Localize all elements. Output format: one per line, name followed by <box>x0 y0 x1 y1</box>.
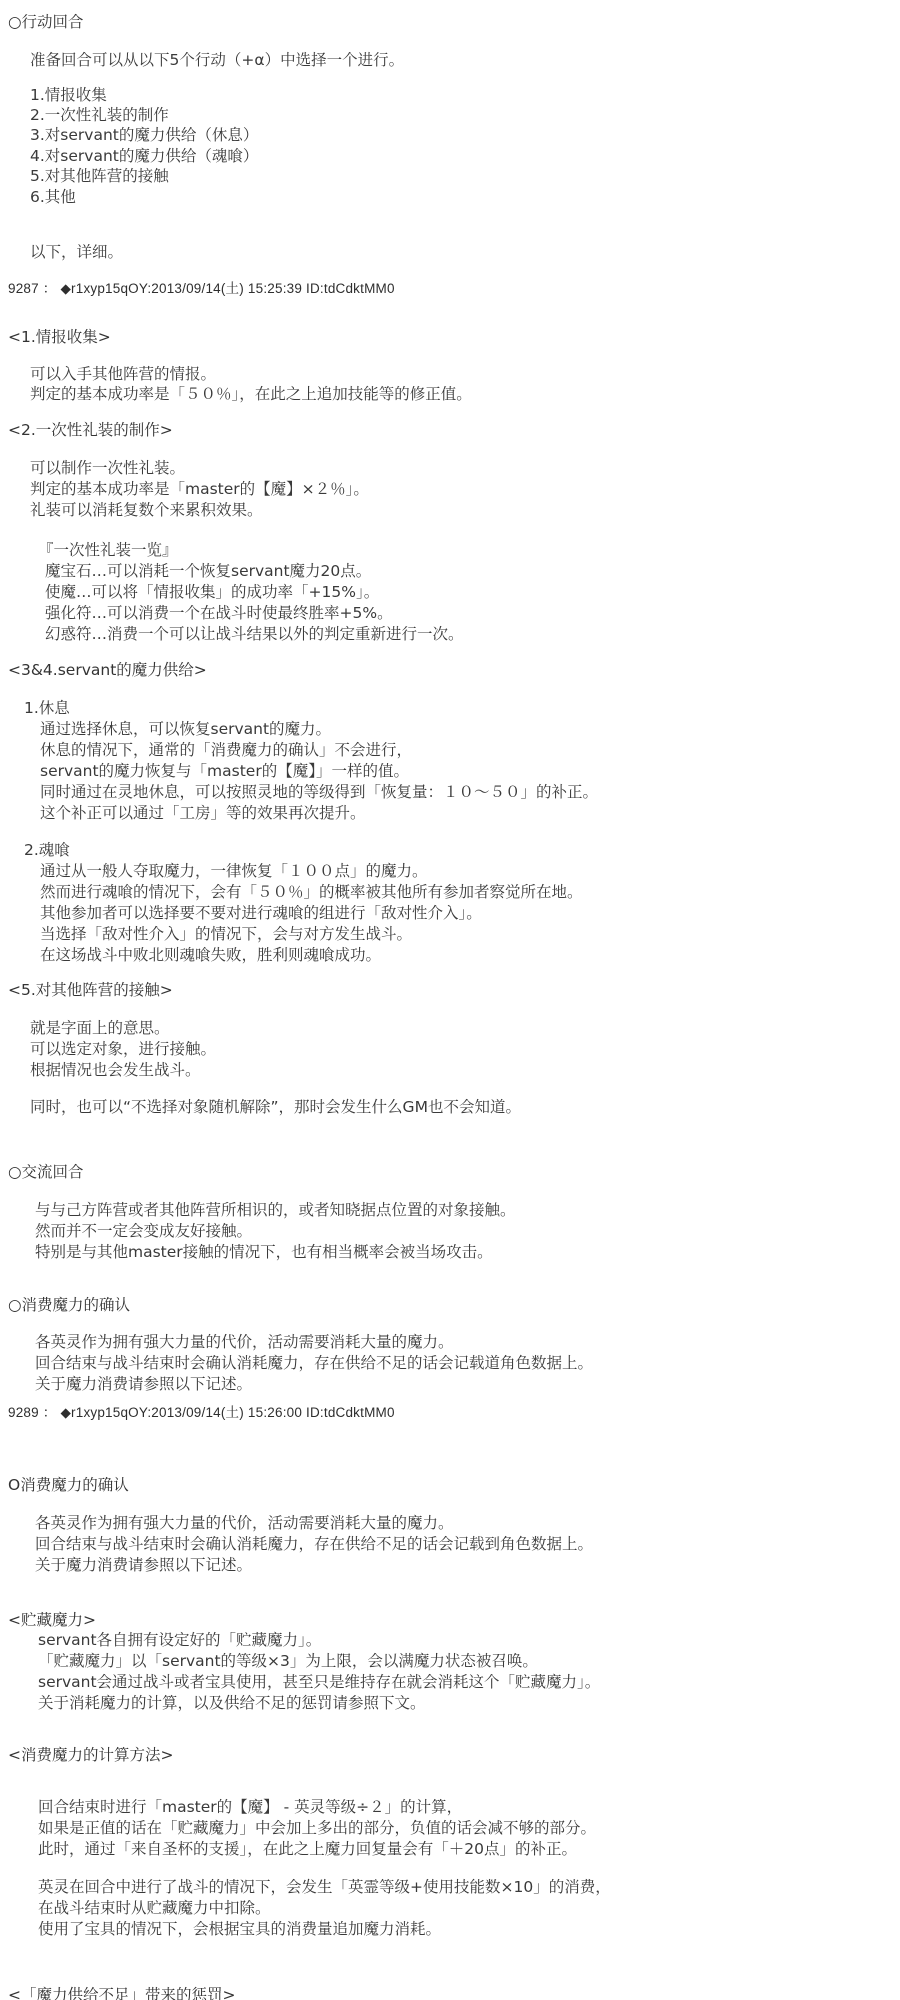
body-text-line: 使魔…可以将「情报收集」的成功率「+15%」。 <box>45 582 379 603</box>
body-text-line: 当选择「敌对性介入」的情况下，会与对方发生战斗。 <box>40 924 412 945</box>
body-text-line: 关于魔力消费请参照以下记述。 <box>35 1374 252 1395</box>
section-heading: <贮藏魔力> <box>8 1610 96 1631</box>
body-text-line: 这个补正可以通过「工房」等的效果再次提升。 <box>40 803 366 824</box>
post-meta-header: 9289 ： ◆r1xyp15qOY:2013/09/14(土) 15:26:0… <box>8 1402 395 1423</box>
body-text-line: 「贮藏魔力」以「servant的等级×3」为上限，会以满魔力状态被召唤。 <box>38 1651 538 1672</box>
body-text-line: 各英灵作为拥有强大力量的代价，活动需要消耗大量的魔力。 <box>35 1332 454 1353</box>
body-text-line: 5.对其他阵营的接触 <box>30 166 169 187</box>
post-date: 2013/09/14(土) 15:25:39 <box>151 281 302 296</box>
body-text-line: 准备回合可以从以下5个行动（+α）中选择一个进行。 <box>30 50 404 71</box>
section-heading: <「魔力供给不足」带来的惩罚> <box>8 1985 235 2000</box>
body-text-line: 可以选定对象，进行接触。 <box>30 1039 216 1060</box>
section-heading: <消费魔力的计算方法> <box>8 1745 173 1766</box>
body-text-line: 在战斗结束时从贮藏魔力中扣除。 <box>38 1898 271 1919</box>
post-separator: ： <box>43 1405 57 1420</box>
body-text-line: 使用了宝具的情况下，会根据宝具的消费量追加魔力消耗。 <box>38 1919 441 1940</box>
body-text-line: servant会通过战斗或者宝具使用，甚至只是维持存在就会消耗这个「贮藏魔力」。 <box>38 1672 600 1693</box>
body-text-line: 以下，详细。 <box>30 242 123 263</box>
body-text-line: 『一次性礼装一览』 <box>38 540 178 561</box>
body-text-line: 休息的情况下，通常的「消费魔力的确认」不会进行， <box>40 740 412 761</box>
section-heading: <3&4.servant的魔力供给> <box>8 660 207 681</box>
section-heading: O消费魔力的确认 <box>8 1475 129 1496</box>
body-text-line: 2.魂喰 <box>24 840 70 861</box>
body-text-line: 可以入手其他阵营的情报。 <box>30 364 216 385</box>
body-text-line: 判定的基本成功率是「５０％」，在此之上追加技能等的修正值。 <box>30 384 472 405</box>
body-text-line: 2.一次性礼装的制作 <box>30 105 169 126</box>
body-text-line: 此时，通过「来自圣杯的支援」，在此之上魔力回复量会有「＋20点」的补正。 <box>38 1839 577 1860</box>
body-text-line: 6.其他 <box>30 187 76 208</box>
body-text-line: 3.对servant的魔力供给（休息） <box>30 125 258 146</box>
body-text-line: 魔宝石…可以消耗一个恢复servant魔力20点。 <box>45 561 371 582</box>
body-text-line: 通过从一般人夺取魔力，一律恢复「１００点」的魔力。 <box>40 861 428 882</box>
body-text-line: 判定的基本成功率是「master的【魔】×２％」。 <box>30 479 369 500</box>
body-text-line: 礼装可以消耗复数个来累积效果。 <box>30 500 263 521</box>
section-heading: <5.对其他阵营的接触> <box>8 980 173 1001</box>
post-meta-header: 9287 ： ◆r1xyp15qOY:2013/09/14(土) 15:25:3… <box>8 278 395 299</box>
body-text-line: 幻惑符…消费一个可以让战斗结果以外的判定重新进行一次。 <box>45 624 464 645</box>
section-heading: ○行动回合 <box>8 12 84 33</box>
body-text-line: 就是字面上的意思。 <box>30 1018 170 1039</box>
body-text-line: 1.休息 <box>24 698 70 719</box>
body-text-line: 回合结束与战斗结束时会确认消耗魔力，存在供给不足的话会记载到角色数据上。 <box>35 1534 593 1555</box>
body-text-line: 通过选择休息，可以恢复servant的魔力。 <box>40 719 331 740</box>
body-text-line: 英灵在回合中进行了战斗的情况下，会发生「英霊等级+使用技能数×10」的消费， <box>38 1877 611 1898</box>
body-text-line: 根据情况也会发生战斗。 <box>30 1060 201 1081</box>
body-text-line: 与与己方阵营或者其他阵营所相识的，或者知晓据点位置的对象接触。 <box>35 1200 516 1221</box>
post-number: 9287 <box>8 281 39 296</box>
post-user-id: ID:tdCdktMM0 <box>306 1405 395 1420</box>
body-text-line: servant的魔力恢复与「master的【魔】」一样的值。 <box>40 761 409 782</box>
section-heading: <2.一次性礼装的制作> <box>8 420 173 441</box>
body-text-line: 其他参加者可以选择要不要对进行魂喰的组进行「敌对性介入」。 <box>40 903 482 924</box>
body-text-line: 1.情报收集 <box>30 85 107 106</box>
body-text-line: 然而并不一定会变成友好接触。 <box>35 1221 252 1242</box>
body-text-line: 回合结束时进行「master的【魔】 - 英灵等级÷２」的计算， <box>38 1797 462 1818</box>
body-text-line: 同时通过在灵地休息，可以按照灵地的等级得到「恢复量：１０～５０」的补正。 <box>40 782 598 803</box>
body-text-line: 强化符…可以消费一个在战斗时使最终胜率+5%。 <box>45 603 393 624</box>
section-heading: <1.情报收集> <box>8 327 111 348</box>
body-text-line: 特别是与其他master接触的情况下，也有相当概率会被当场攻击。 <box>35 1242 493 1263</box>
section-heading: ○交流回合 <box>8 1162 84 1183</box>
body-text-line: 各英灵作为拥有强大力量的代价，活动需要消耗大量的魔力。 <box>35 1513 454 1534</box>
post-number: 9289 <box>8 1405 39 1420</box>
section-heading: ○消费魔力的确认 <box>8 1295 130 1316</box>
body-text-line: 关于消耗魔力的计算，以及供给不足的惩罚请参照下文。 <box>38 1693 426 1714</box>
body-text-line: 4.对servant的魔力供给（魂喰） <box>30 146 258 167</box>
post-date: 2013/09/14(土) 15:26:00 <box>151 1405 302 1420</box>
post-user-id: ID:tdCdktMM0 <box>306 281 395 296</box>
body-text-line: 然而进行魂喰的情况下，会有「５０％」的概率被其他所有参加者察觉所在地。 <box>40 882 583 903</box>
body-text-line: 同时，也可以“不选择对象随机解除”，那时会发生什么GM也不会知道。 <box>30 1097 521 1118</box>
post-tripcode: ◆r1xyp15qOY <box>60 1405 147 1420</box>
body-text-line: 如果是正值的话在「贮藏魔力」中会加上多出的部分，负值的话会减不够的部分。 <box>38 1818 596 1839</box>
body-text-line: 在这场战斗中败北则魂喰失败，胜利则魂喰成功。 <box>40 945 381 966</box>
post-tripcode: ◆r1xyp15qOY <box>60 281 147 296</box>
post-separator: ： <box>43 281 57 296</box>
body-text-line: servant各自拥有设定好的「贮藏魔力」。 <box>38 1630 321 1651</box>
body-text-line: 回合结束与战斗结束时会确认消耗魔力，存在供给不足的话会记载道角色数据上。 <box>35 1353 593 1374</box>
body-text-line: 可以制作一次性礼装。 <box>30 458 185 479</box>
body-text-line: 关于魔力消费请参照以下记述。 <box>35 1555 252 1576</box>
